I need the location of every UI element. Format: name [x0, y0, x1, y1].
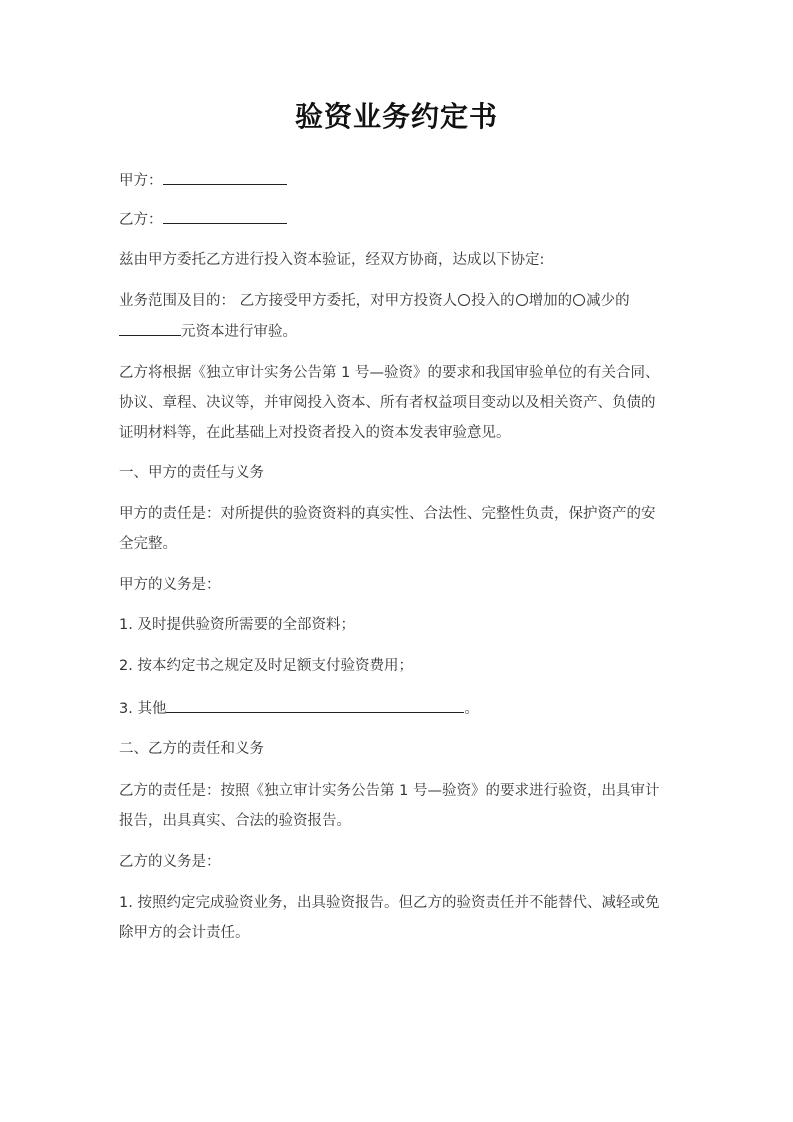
amount-blank[interactable]: [119, 323, 181, 336]
option-circle-icon[interactable]: [458, 294, 470, 306]
section2-heading: 二、乙方的责任和义务: [119, 741, 679, 757]
option-increased-label: 增加的: [529, 293, 573, 309]
document-title: 验资业务约定书: [0, 95, 793, 135]
option-invested-label: 投入的: [471, 293, 515, 309]
section2-responsibility-2: 报告，出具真实、合法的验资报告。: [119, 813, 679, 829]
party-a-blank[interactable]: [163, 172, 287, 185]
party-b-line: 乙方：: [119, 211, 679, 228]
basis-line-3: 证明材料等，在此基础上对投资者投入的资本发表审验意见。: [119, 425, 679, 441]
party-a-label: 甲方：: [119, 173, 163, 189]
scope-line-2: 元资本进行审验。: [119, 323, 679, 340]
section1-item-3: 3. 其他。: [119, 700, 679, 717]
section1-item-2: 2. 按本约定书之规定及时足额支付验资费用；: [119, 658, 679, 674]
section1-obligation-label: 甲方的义务是：: [119, 577, 679, 593]
section2-item-1-line-2: 除甲方的会计责任。: [119, 925, 679, 941]
section1-responsibility-1: 甲方的责任是：对所提供的验资资料的真实性、合法性、完整性负责，保护资产的安: [119, 506, 679, 522]
scope-suffix: 元资本进行审验。: [181, 324, 297, 340]
section2-responsibility-1: 乙方的责任是：按照《独立审计实务公告第 1 号—验资》的要求进行验资，出具审计: [119, 783, 679, 799]
document-page: 验资业务约定书 甲方： 乙方： 兹由甲方委托乙方进行投入资本验证，经双方协商，达…: [0, 0, 793, 1122]
section1-item-1: 1. 及时提供验资所需要的全部资料；: [119, 617, 679, 633]
party-a-line: 甲方：: [119, 172, 679, 189]
other-blank[interactable]: [166, 700, 464, 713]
section2-item-1-line-1: 1. 按照约定完成验资业务，出具验资报告。但乙方的验资责任并不能替代、减轻或免: [119, 895, 679, 911]
section1-responsibility-2: 全完整。: [119, 536, 679, 552]
intro-text: 兹由甲方委托乙方进行投入资本验证，经双方协商，达成以下协定:: [119, 252, 679, 268]
section1-heading: 一、甲方的责任与义务: [119, 465, 679, 481]
section2-obligation-label: 乙方的义务是：: [119, 854, 679, 870]
option-decreased-label: 减少的: [586, 293, 630, 309]
basis-line-1: 乙方将根据《独立审计实务公告第 1 号—验资》的要求和我国审验单位的有关合同、: [119, 365, 679, 381]
option-circle-icon[interactable]: [516, 294, 528, 306]
item3-suffix: 。: [464, 701, 479, 717]
item3-prefix: 3. 其他: [119, 701, 166, 717]
party-b-blank[interactable]: [163, 211, 287, 224]
basis-line-2: 协议、章程、决议等，并审阅投入资本、所有者权益项目变动以及相关资产、负债的: [119, 395, 679, 411]
option-circle-icon[interactable]: [573, 294, 585, 306]
scope-line-1: 业务范围及目的： 乙方接受甲方委托，对甲方投资人投入的增加的减少的: [119, 293, 679, 309]
scope-prefix: 业务范围及目的： 乙方接受甲方委托，对甲方投资人: [119, 293, 457, 309]
party-b-label: 乙方：: [119, 212, 163, 228]
